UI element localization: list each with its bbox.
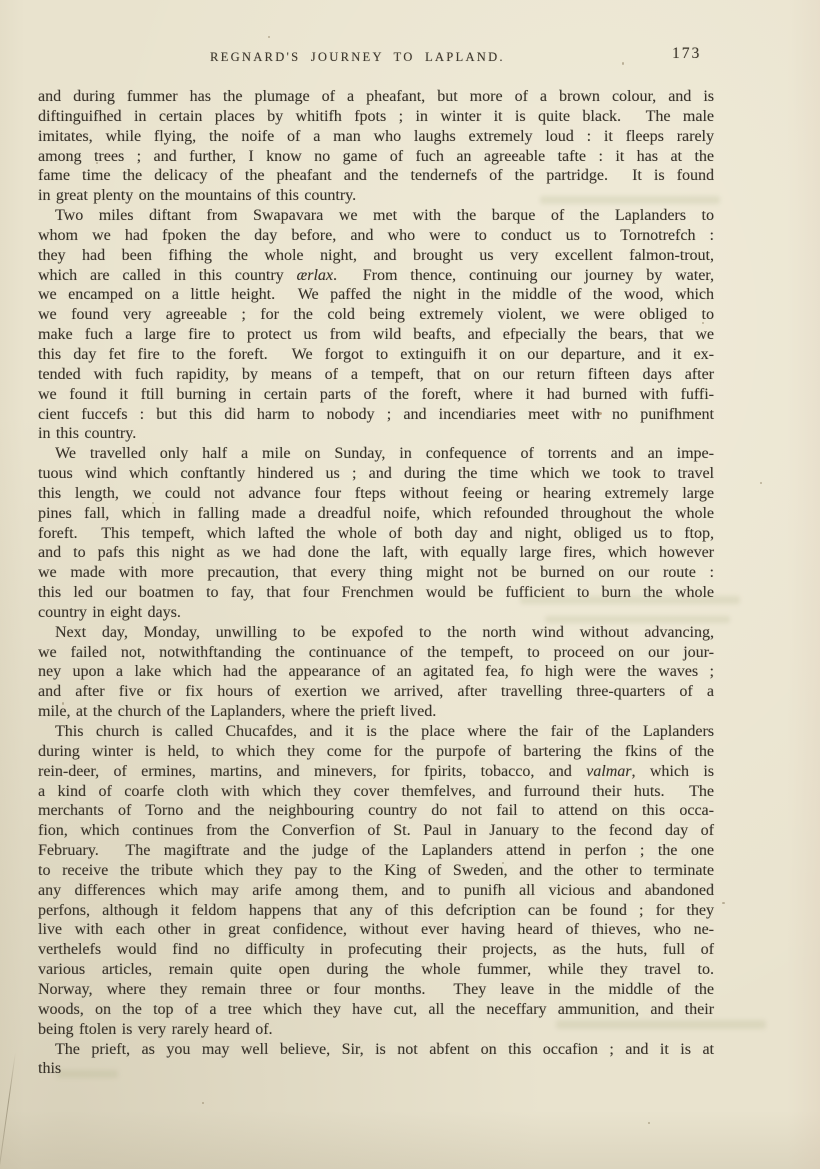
text-line: tuous wind which conftantly hindered us …	[38, 464, 714, 484]
text-line: being ftolen is very rarely heard of.	[38, 1020, 714, 1040]
page-crease	[0, 1052, 16, 1169]
text-line: this led our boatmen to fay, that four F…	[38, 583, 714, 603]
text-line: Norway, where they remain three or four …	[38, 980, 714, 1000]
text-line: we made with more precaution, that every…	[38, 563, 714, 583]
text-line: merchants of Torno and the neighbouring …	[38, 801, 714, 821]
text-block: and during fummer has the plumage of a p…	[38, 87, 714, 1079]
text-line: woods, on the top of a tree which they h…	[38, 1000, 714, 1020]
book-page: REGNARD'S JOURNEY TO LAPLAND. 173 and du…	[0, 0, 820, 1169]
text-line: mile, at the church of the Laplanders, w…	[38, 702, 714, 722]
text-line: ney upon a lake which had the appearance…	[38, 662, 714, 682]
text-line: diftinguifhed in certain places by whiti…	[38, 107, 714, 127]
paragraph: Next day, Monday, unwilling to be expofe…	[38, 623, 714, 722]
text-line: various articles, remain quite open duri…	[38, 960, 714, 980]
text-line: country in eight days.	[38, 603, 714, 623]
text-line: make fuch a large fire to protect us fro…	[38, 325, 714, 345]
text-line: and during fummer has the plumage of a p…	[38, 87, 714, 107]
paragraph: We travelled only half a mile on Sunday,…	[38, 444, 714, 623]
text-line: we found very agreeable ; for the cold b…	[38, 305, 714, 325]
text-line: this day fet fire to the foreft. We forg…	[38, 345, 714, 365]
text-line: in great plenty on the mountains of this…	[38, 186, 714, 206]
text-line: we found it ftill burning in certain par…	[38, 385, 714, 405]
text-line: any differences which may arife among th…	[38, 881, 714, 901]
text-line: cient fuccefs : but this did harm to nob…	[38, 405, 714, 425]
text-line: We travelled only half a mile on Sunday,…	[38, 444, 714, 464]
text-line: they had been fifhing the whole night, a…	[38, 246, 714, 266]
text-line: among trees ; and further, I know no gam…	[38, 147, 714, 167]
text-line: we failed not, notwithftanding the conti…	[38, 643, 714, 663]
text-line: which are called in this country ærlax. …	[38, 266, 714, 286]
text-line: and after five or fix hours of exertion …	[38, 682, 714, 702]
catchword: this	[38, 1059, 714, 1079]
text-line: The prieft, as you may well believe, Sir…	[38, 1040, 714, 1060]
text-line: we encamped on a little height. We paffe…	[38, 285, 714, 305]
text-line: live with each other in great confidence…	[38, 920, 714, 940]
text-line: whom we had fpoken the day before, and w…	[38, 226, 714, 246]
text-line: in this country.	[38, 424, 714, 444]
running-title: REGNARD'S JOURNEY TO LAPLAND.	[210, 50, 505, 65]
text-line: fion, which continues from the Converfio…	[38, 821, 714, 841]
text-line: fame time the delicacy of the pheafant a…	[38, 166, 714, 186]
text-line: during winter is held, to which they com…	[38, 742, 714, 762]
text-line: This church is called Chucafdes, and it …	[38, 722, 714, 742]
paragraph: The prieft, as you may well believe, Sir…	[38, 1040, 714, 1060]
text-line: Next day, Monday, unwilling to be expofe…	[38, 623, 714, 643]
text-line: tended with fuch rapidity, by means of a…	[38, 365, 714, 385]
text-line: verthelefs would find no difficulty in p…	[38, 940, 714, 960]
text-line: this length, we could not advance four f…	[38, 484, 714, 504]
paragraph: and during fummer has the plumage of a p…	[38, 87, 714, 206]
text-line: imitates, while flying, the noife of a m…	[38, 127, 714, 147]
paragraph: Two miles diftant from Swapavara we met …	[38, 206, 714, 444]
text-line: rein-deer, of ermines, martins, and mine…	[38, 762, 714, 782]
text-line: and to pafs this night as we had done th…	[38, 543, 714, 563]
page-number: 173	[672, 45, 701, 63]
paragraph: This church is called Chucafdes, and it …	[38, 722, 714, 1040]
text-line: a kind of coarfe cloth with which they c…	[38, 782, 714, 802]
text-line: February. The magiftrate and the judge o…	[38, 841, 714, 861]
text-line: perfons, although it feldom happens that…	[38, 901, 714, 921]
text-line: Two miles diftant from Swapavara we met …	[38, 206, 714, 226]
text-line: to receive the tribute which they pay to…	[38, 861, 714, 881]
text-line: pines fall, which in falling made a drea…	[38, 504, 714, 524]
text-line: foreft. This tempeft, which lafted the w…	[38, 524, 714, 544]
